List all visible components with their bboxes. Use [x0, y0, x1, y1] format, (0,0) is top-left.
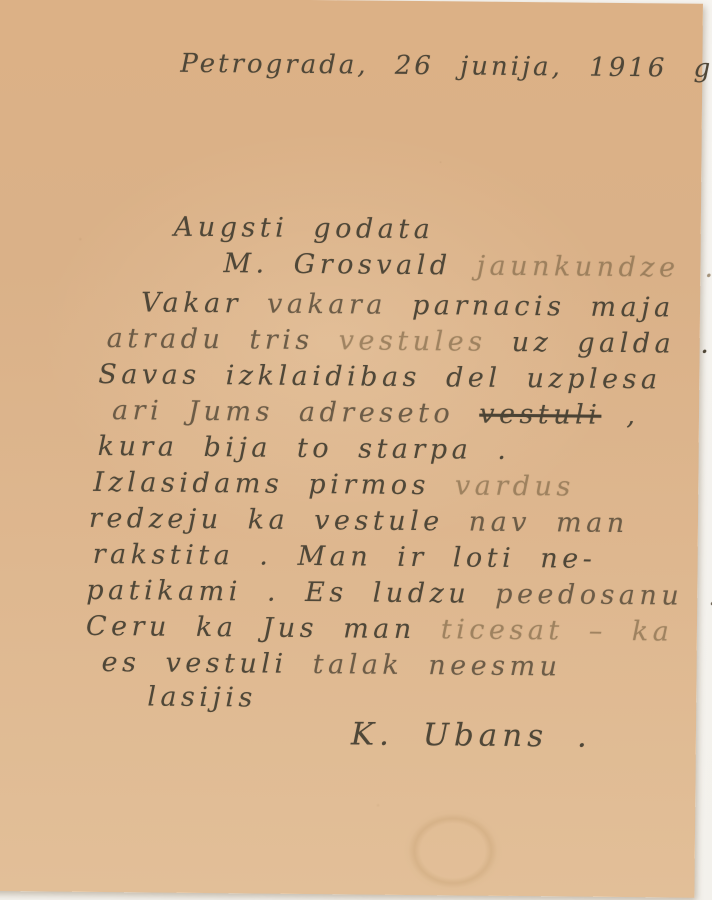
- handwriting-segment: rakstita . Man ir loti ne-: [93, 539, 597, 575]
- handwriting-segment: kura bija to starpa .: [98, 431, 511, 466]
- handwriting-segment: es vestuli: [101, 647, 312, 680]
- handwriting-segment: Vakar: [141, 287, 267, 319]
- date-line: Petrograda, 26 junija, 1916 g.: [180, 49, 712, 84]
- handwriting-segment: ticesat – ka: [441, 614, 674, 647]
- handwriting-line: es vestuli talak neesmu: [101, 647, 561, 682]
- handwriting-segment: ,: [601, 400, 639, 431]
- handwriting-line: Augsti godata: [174, 212, 435, 245]
- handwriting-segment: vakara: [267, 289, 412, 321]
- handwriting-segment: M. Grosvald: [223, 248, 477, 281]
- handwriting-line: Ceru ka Jus man ticesat – ka: [86, 611, 674, 648]
- ring-stain: [377, 791, 528, 900]
- handwriting-segment: vestules: [339, 325, 512, 358]
- handwriting-line: rakstita . Man ir loti ne-: [93, 539, 597, 575]
- handwriting-line: lasijis: [147, 681, 257, 713]
- handwriting-segment: Izlasidams pirmos: [93, 467, 455, 501]
- handwriting-segment: Petrograda, 26 junija, 1916 g.: [180, 49, 712, 84]
- handwriting-segment: patikami . Es ludzu: [86, 575, 495, 610]
- handwriting-segment: K. Ubans .: [351, 716, 592, 754]
- handwriting-segment: talak neesmu: [313, 649, 562, 682]
- handwriting-segment: lasijis: [147, 681, 257, 713]
- handwriting-segment: nav man: [469, 507, 629, 540]
- handwriting-segment: uz galda .: [511, 327, 712, 360]
- handwriting-line: ari Jums adreseto vestuli ,: [112, 395, 640, 431]
- signature-line: K. Ubans .: [351, 716, 592, 754]
- handwriting-line: Vakar vakara parnacis maja: [141, 287, 675, 323]
- handwriting-line: M. Grosvald jaunkundze .: [223, 248, 712, 284]
- handwriting-segment: jaunkundze .: [477, 251, 712, 284]
- handwriting-line: atradu tris vestules uz galda .: [107, 323, 712, 360]
- handwriting-line: Izlasidams pirmos vardus: [93, 467, 575, 503]
- handwriting-segment: parnacis maja: [412, 290, 675, 324]
- handwriting-segment: redzeju ka vestule: [89, 503, 469, 538]
- handwriting-segment: vardus: [455, 470, 575, 502]
- struck-through-word: vestuli: [479, 399, 601, 431]
- handwriting-line: Savas izklaidibas del uzplesa: [98, 359, 661, 395]
- handwriting-line: redzeju ka vestule nav man: [89, 503, 629, 539]
- handwriting-line: kura bija to starpa .: [98, 431, 511, 466]
- letter-scan: Petrograda, 26 junija, 1916 g.Augsti god…: [0, 0, 712, 900]
- handwriting-line: patikami . Es ludzu peedosanu .: [86, 575, 712, 612]
- handwriting-segment: Ceru ka Jus man: [86, 611, 441, 645]
- handwriting-segment: peedosanu .: [495, 579, 712, 612]
- handwritten-text: Petrograda, 26 junija, 1916 g.Augsti god…: [0, 0, 703, 898]
- handwriting-segment: atradu tris: [107, 323, 339, 356]
- handwriting-segment: ari Jums adreseto: [112, 395, 480, 430]
- handwriting-segment: Augsti godata: [174, 212, 435, 245]
- letter-paper: Petrograda, 26 junija, 1916 g.Augsti god…: [0, 0, 703, 898]
- handwriting-segment: Savas izklaidibas del uzplesa: [98, 359, 661, 395]
